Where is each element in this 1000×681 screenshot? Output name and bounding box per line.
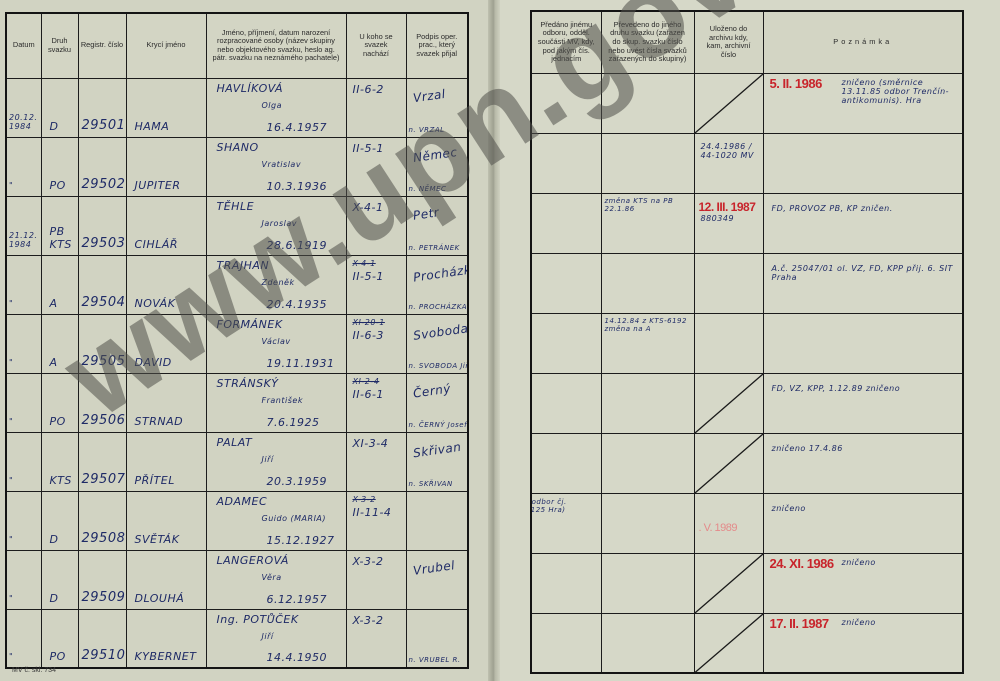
cell-location: X-4-1II-5-1 — [346, 255, 406, 314]
location-struck: X-4-1 — [353, 259, 376, 268]
cell-note: zničeno — [763, 493, 963, 553]
table-row: "D29508SVĚTÁKADAMECGuido (MARIA)15.12.19… — [6, 491, 468, 550]
person-surname: LANGEROVÁ — [217, 554, 289, 567]
cell-transferred — [531, 73, 601, 133]
header-location: U koho se svazek nachází — [346, 13, 406, 78]
cell-type: PB KTS — [41, 196, 78, 255]
cell-signature — [406, 491, 468, 550]
person-dob: 10.3.1936 — [267, 180, 327, 193]
cell-person: TĚHLEJaroslav28.6.1919 — [206, 196, 346, 255]
header-transferred: Předáno jinému odboru, odděl. součásti M… — [531, 11, 601, 73]
archived-value: 24.4.1986 / 44-1020 MV — [701, 142, 761, 160]
cell-code-name: DLOUHÁ — [126, 550, 206, 609]
cell-converted — [601, 253, 694, 313]
location-value: X-4-1 — [353, 201, 384, 214]
type-value: PO — [50, 179, 78, 192]
cell-code-name: SVĚTÁK — [126, 491, 206, 550]
table-row: "PO29502JUPITERSHANOVratislav10.3.1936II… — [6, 137, 468, 196]
cell-archived — [694, 253, 763, 313]
signature: Vrzal — [412, 86, 446, 104]
header-code-name: Krycí jméno — [126, 13, 206, 78]
table-row: 14.12.84 z KTS-6192 změna na A — [531, 313, 963, 373]
cell-code-name: STRNAD — [126, 373, 206, 432]
cell-converted — [601, 553, 694, 613]
signer-name: n. PROCHÁZKA — [409, 303, 468, 311]
signature: Petr — [412, 205, 440, 223]
cell-note: A.č. 25047/01 ol. VZ, FD, KPP přij. 6. S… — [763, 253, 963, 313]
note-value: FD, VZ, KPP, 1.12.89 zničeno — [772, 384, 957, 393]
cell-person: HAVLÍKOVÁOlga16.4.1957 — [206, 78, 346, 137]
person-surname: HAVLÍKOVÁ — [217, 82, 284, 95]
cell-code-name: HAMA — [126, 78, 206, 137]
location-value: XI-3-4 — [353, 437, 389, 450]
signature: Skřivan — [412, 439, 462, 460]
person-first-name: Jiří — [262, 632, 274, 641]
reg-no-value: 29507 — [82, 472, 126, 487]
strike-diagonal — [695, 554, 763, 613]
location-value: II-6-2 — [353, 83, 384, 96]
reg-no-value: 29509 — [82, 590, 126, 605]
cell-archived — [694, 613, 763, 673]
header-file-type: Druh svazku — [41, 13, 78, 78]
cell-signature: Němecn. NĚMEC — [406, 137, 468, 196]
cell-signature: Procházkan. PROCHÁZKA — [406, 255, 468, 314]
type-value: KTS — [50, 474, 78, 487]
cell-note — [763, 313, 963, 373]
cell-transferred — [531, 433, 601, 493]
cell-location: X-4-1 — [346, 196, 406, 255]
cell-reg-no: 29510 — [78, 609, 126, 668]
signer-name: n. NĚMEC — [409, 185, 447, 193]
date-value: " — [9, 417, 39, 426]
date-value: " — [9, 535, 39, 544]
location-value: II-5-1 — [353, 270, 384, 283]
cell-converted — [601, 73, 694, 133]
cell-archived — [694, 373, 763, 433]
cell-type: A — [41, 255, 78, 314]
code-name-value: DAVID — [135, 356, 172, 369]
strike-diagonal — [695, 614, 763, 673]
cell-location: XI-20-1II-6-3 — [346, 314, 406, 373]
cell-converted — [601, 133, 694, 193]
cell-date: " — [6, 255, 41, 314]
cell-archived — [694, 73, 763, 133]
converted-value: změna KTS na PB 22.1.86 — [605, 197, 690, 213]
person-surname: Ing. POTŮČEK — [217, 613, 299, 626]
reg-no-value: 29503 — [82, 236, 126, 251]
cell-signature: Vrubel — [406, 550, 468, 609]
reg-no-value: 29506 — [82, 413, 126, 428]
code-name-value: KYBERNET — [135, 650, 197, 663]
type-value: A — [50, 297, 78, 310]
cell-person: SHANOVratislav10.3.1936 — [206, 137, 346, 196]
reg-no-value: 29504 — [82, 295, 126, 310]
cell-note: 24. XI. 1986zničeno — [763, 553, 963, 613]
cell-converted — [601, 493, 694, 553]
cell-type: PO — [41, 137, 78, 196]
note-stamp: 17. II. 1987 — [770, 616, 829, 631]
table-row: 24. XI. 1986zničeno — [531, 553, 963, 613]
cell-archived: 12. III. 1987880349 — [694, 193, 763, 253]
cell-location: XI-3-4 — [346, 432, 406, 491]
code-name-value: PŘÍTEL — [135, 474, 175, 487]
cell-type: A — [41, 314, 78, 373]
cell-reg-no: 29503 — [78, 196, 126, 255]
location-struck: XI-2-4 — [353, 377, 380, 386]
type-value: D — [50, 592, 78, 605]
person-first-name: Jiří — [262, 455, 274, 464]
signature: Procházka — [412, 261, 468, 284]
cell-date: " — [6, 137, 41, 196]
date-value: " — [9, 652, 39, 661]
cell-type: PO — [41, 609, 78, 668]
table-row: 24.4.1986 / 44-1020 MV — [531, 133, 963, 193]
registration-ledger-right: Předáno jinému odboru, odděl. součásti M… — [530, 10, 964, 674]
cell-person: LANGEROVÁVěra6.12.1957 — [206, 550, 346, 609]
person-dob: 19.11.1931 — [267, 357, 335, 370]
cell-person: TRAJHANZdeněk20.4.1935 — [206, 255, 346, 314]
date-value: " — [9, 181, 39, 190]
signature: Vrubel — [412, 558, 456, 578]
note-stamp: 5. II. 1986 — [770, 76, 822, 91]
archived-stamp: 12. III. 1987 — [699, 200, 756, 214]
cell-code-name: PŘÍTEL — [126, 432, 206, 491]
cell-person: PALATJiří20.3.1959 — [206, 432, 346, 491]
cell-transferred: (1. odbor čj. 24/125 Hra) — [531, 493, 601, 553]
person-first-name: Olga — [262, 101, 283, 110]
cell-converted — [601, 433, 694, 493]
person-dob: 20.3.1959 — [267, 475, 327, 488]
note-value: zničeno (směrnice 13.11.85 odbor Trenčín… — [842, 78, 960, 105]
note-value: zničeno 17.4.86 — [772, 444, 957, 453]
code-name-value: SVĚTÁK — [135, 533, 180, 546]
code-name-value: JUPITER — [135, 179, 181, 192]
type-value: D — [50, 533, 78, 546]
type-value: PB KTS — [50, 225, 78, 251]
header-row: Předáno jinému odboru, odděl. součásti M… — [531, 11, 963, 73]
archived-stamp-faded: . V. 1989 — [699, 522, 738, 534]
cell-note: FD, PROVOZ PB, KP zničen. — [763, 193, 963, 253]
cell-date: " — [6, 373, 41, 432]
table-row: "PO29506STRNADSTRÁNSKÝFrantišek7.6.1925X… — [6, 373, 468, 432]
cell-location: X-3-2II-11-4 — [346, 491, 406, 550]
person-surname: FORMÁNEK — [217, 318, 283, 331]
cell-converted — [601, 373, 694, 433]
cell-converted: změna KTS na PB 22.1.86 — [601, 193, 694, 253]
reg-no-value: 29502 — [82, 177, 126, 192]
date-value: " — [9, 594, 39, 603]
cell-signature: Petrn. PETRÁNEK — [406, 196, 468, 255]
cell-person: STRÁNSKÝFrantišek7.6.1925 — [206, 373, 346, 432]
table-row: zničeno 17.4.86 — [531, 433, 963, 493]
cell-archived — [694, 313, 763, 373]
cell-person: ADAMECGuido (MARIA)15.12.1927 — [206, 491, 346, 550]
signature: Němec — [412, 144, 458, 164]
table-row: "A29504NOVÁKTRAJHANZdeněk20.4.1935X-4-1I… — [6, 255, 468, 314]
cell-person: FORMÁNEKVáclav19.11.1931 — [206, 314, 346, 373]
location-value: X-3-2 — [353, 555, 384, 568]
book-gutter — [488, 0, 500, 681]
table-row: 21.12. 1984PB KTS29503CIHLÁŘTĚHLEJarosla… — [6, 196, 468, 255]
signer-name: n. PETRÁNEK — [409, 244, 460, 252]
note-stamp: 24. XI. 1986 — [770, 556, 834, 571]
cell-note: 5. II. 1986zničeno (směrnice 13.11.85 od… — [763, 73, 963, 133]
cell-date: 20.12. 1984 — [6, 78, 41, 137]
person-dob: 15.12.1927 — [267, 534, 335, 547]
person-surname: PALAT — [217, 436, 253, 449]
reg-no-value: 29508 — [82, 531, 126, 546]
cell-converted: 14.12.84 z KTS-6192 změna na A — [601, 313, 694, 373]
date-value: " — [9, 476, 39, 485]
table-row: 5. II. 1986zničeno (směrnice 13.11.85 od… — [531, 73, 963, 133]
cell-reg-no: 29501 — [78, 78, 126, 137]
signature: Svoboda — [412, 321, 468, 343]
person-dob: 6.12.1957 — [267, 593, 327, 606]
person-first-name: Zdeněk — [262, 278, 295, 287]
header-row: Datum Druh svazku Registr. číslo Krycí j… — [6, 13, 468, 78]
cell-code-name: DAVID — [126, 314, 206, 373]
person-first-name: Jaroslav — [262, 219, 297, 228]
location-value: II-11-4 — [353, 506, 392, 519]
code-name-value: STRNAD — [135, 415, 184, 428]
code-name-value: NOVÁK — [135, 297, 176, 310]
cell-signature: Černýn. ČERNÝ Josef — [406, 373, 468, 432]
cell-date: " — [6, 609, 41, 668]
signer-name: n. ČERNÝ Josef — [409, 421, 468, 429]
person-surname: SHANO — [217, 141, 259, 154]
cell-type: KTS — [41, 432, 78, 491]
type-value: D — [50, 120, 78, 133]
cell-type: PO — [41, 373, 78, 432]
cell-transferred — [531, 313, 601, 373]
cell-transferred — [531, 193, 601, 253]
cell-archived: 24.4.1986 / 44-1020 MV — [694, 133, 763, 193]
date-value: 20.12. 1984 — [9, 113, 39, 131]
type-value: PO — [50, 415, 78, 428]
strike-diagonal — [695, 74, 763, 133]
signature: Černý — [412, 381, 451, 400]
code-name-value: CIHLÁŘ — [135, 238, 179, 251]
person-first-name: František — [262, 396, 303, 405]
reg-no-value: 29501 — [82, 118, 126, 133]
cell-note: FD, VZ, KPP, 1.12.89 zničeno — [763, 373, 963, 433]
date-value: 21.12. 1984 — [9, 231, 39, 249]
cell-location: II-5-1 — [346, 137, 406, 196]
table-row: 17. II. 1987zničeno — [531, 613, 963, 673]
cell-date: " — [6, 550, 41, 609]
person-first-name: Guido (MARIA) — [262, 514, 327, 523]
cell-signature: n. VRUBEL R. — [406, 609, 468, 668]
person-dob: 7.6.1925 — [267, 416, 320, 429]
table-row: "D29509DLOUHÁLANGEROVÁVěra6.12.1957X-3-2… — [6, 550, 468, 609]
location-value: X-3-2 — [353, 614, 384, 627]
date-value: " — [9, 358, 39, 367]
header-archived: Uloženo do archivu kdy, kam, archivní čí… — [694, 11, 763, 73]
header-converted: Převedeno do jiného druhu svazku (zařaze… — [601, 11, 694, 73]
table-row: "KTS29507PŘÍTELPALATJiří20.3.1959XI-3-4S… — [6, 432, 468, 491]
signer-name: n. SVOBODA Jiří — [409, 362, 469, 370]
table-row: (1. odbor čj. 24/125 Hra). V. 1989zničen… — [531, 493, 963, 553]
cell-date: 21.12. 1984 — [6, 196, 41, 255]
cell-transferred — [531, 613, 601, 673]
cell-reg-no: 29506 — [78, 373, 126, 432]
cell-signature: Svobodan. SVOBODA Jiří — [406, 314, 468, 373]
person-dob: 16.4.1957 — [267, 121, 327, 134]
header-date: Datum — [6, 13, 41, 78]
person-first-name: Věra — [262, 573, 282, 582]
person-first-name: Vratislav — [262, 160, 302, 169]
location-value: II-6-3 — [353, 329, 384, 342]
cell-code-name: KYBERNET — [126, 609, 206, 668]
note-value: zničeno — [842, 618, 960, 627]
cell-code-name: NOVÁK — [126, 255, 206, 314]
cell-note — [763, 133, 963, 193]
signer-name: n. VRZAL — [409, 126, 445, 134]
cell-signature: Vrzaln. VRZAL — [406, 78, 468, 137]
person-surname: TĚHLE — [217, 200, 255, 213]
reg-no-value: 29505 — [82, 354, 126, 369]
location-value: II-5-1 — [353, 142, 384, 155]
strike-diagonal — [695, 374, 763, 433]
cell-date: " — [6, 432, 41, 491]
signer-name: n. VRUBEL R. — [409, 656, 461, 664]
cell-code-name: CIHLÁŘ — [126, 196, 206, 255]
cell-reg-no: 29504 — [78, 255, 126, 314]
location-value: II-6-1 — [353, 388, 384, 401]
cell-archived — [694, 553, 763, 613]
person-surname: STRÁNSKÝ — [217, 377, 279, 390]
person-surname: ADAMEC — [217, 495, 268, 508]
cell-archived — [694, 433, 763, 493]
cell-type: D — [41, 78, 78, 137]
code-name-value: DLOUHÁ — [135, 592, 185, 605]
note-value: FD, PROVOZ PB, KP zničen. — [772, 204, 957, 213]
person-first-name: Václav — [262, 337, 291, 346]
person-dob: 28.6.1919 — [267, 239, 327, 252]
cell-location: X-3-2 — [346, 550, 406, 609]
cell-person: Ing. POTŮČEKJiří14.4.1950 — [206, 609, 346, 668]
cell-transferred — [531, 553, 601, 613]
cell-reg-no: 29502 — [78, 137, 126, 196]
table-row: 20.12. 1984D29501HAMAHAVLÍKOVÁOlga16.4.1… — [6, 78, 468, 137]
location-struck: XI-20-1 — [353, 318, 385, 327]
cell-reg-no: 29508 — [78, 491, 126, 550]
strike-diagonal — [695, 434, 763, 493]
reg-no-value: 29510 — [82, 648, 126, 663]
cell-type: D — [41, 491, 78, 550]
cell-location: X-3-2 — [346, 609, 406, 668]
table-row: změna KTS na PB 22.1.8612. III. 19878803… — [531, 193, 963, 253]
note-value: A.č. 25047/01 ol. VZ, FD, KPP přij. 6. S… — [772, 264, 957, 282]
cell-transferred — [531, 373, 601, 433]
type-value: A — [50, 356, 78, 369]
form-code: MV č. skl. 734 — [12, 667, 56, 674]
type-value: PO — [50, 650, 78, 663]
header-signature: Podpis oper. prac., který svazek přijal — [406, 13, 468, 78]
cell-location: XI-2-4II-6-1 — [346, 373, 406, 432]
code-name-value: HAMA — [135, 120, 170, 133]
person-dob: 14.4.1950 — [267, 651, 327, 664]
person-dob: 20.4.1935 — [267, 298, 327, 311]
cell-date: " — [6, 314, 41, 373]
converted-value: 14.12.84 z KTS-6192 změna na A — [605, 317, 690, 333]
note-value: zničeno — [842, 558, 960, 567]
location-struck: X-3-2 — [353, 495, 376, 504]
table-row: A.č. 25047/01 ol. VZ, FD, KPP přij. 6. S… — [531, 253, 963, 313]
table-row: FD, VZ, KPP, 1.12.89 zničeno — [531, 373, 963, 433]
cell-reg-no: 29509 — [78, 550, 126, 609]
cell-location: II-6-2 — [346, 78, 406, 137]
cell-reg-no: 29507 — [78, 432, 126, 491]
cell-archived: . V. 1989 — [694, 493, 763, 553]
cell-note: zničeno 17.4.86 — [763, 433, 963, 493]
registration-ledger-left: Datum Druh svazku Registr. číslo Krycí j… — [5, 12, 469, 669]
cell-note: 17. II. 1987zničeno — [763, 613, 963, 673]
cell-code-name: JUPITER — [126, 137, 206, 196]
header-person: Jméno, příjmení, datum narození rozpraco… — [206, 13, 346, 78]
header-note: Poznámka — [763, 11, 963, 73]
cell-converted — [601, 613, 694, 673]
date-value: " — [9, 299, 39, 308]
cell-transferred — [531, 253, 601, 313]
cell-transferred — [531, 133, 601, 193]
cell-reg-no: 29505 — [78, 314, 126, 373]
cell-date: " — [6, 491, 41, 550]
archived-value: 880349 — [701, 214, 761, 223]
note-value: zničeno — [772, 504, 957, 513]
table-row: "PO29510KYBERNETIng. POTŮČEKJiří14.4.195… — [6, 609, 468, 668]
signer-name: n. SKŘIVAN — [409, 480, 453, 488]
transferred-value: (1. odbor čj. 24/125 Hra) — [531, 498, 588, 514]
table-row: "A29505DAVIDFORMÁNEKVáclav19.11.1931XI-2… — [6, 314, 468, 373]
header-registration-number: Registr. číslo — [78, 13, 126, 78]
person-surname: TRAJHAN — [217, 259, 270, 272]
cell-type: D — [41, 550, 78, 609]
cell-signature: Skřivann. SKŘIVAN — [406, 432, 468, 491]
